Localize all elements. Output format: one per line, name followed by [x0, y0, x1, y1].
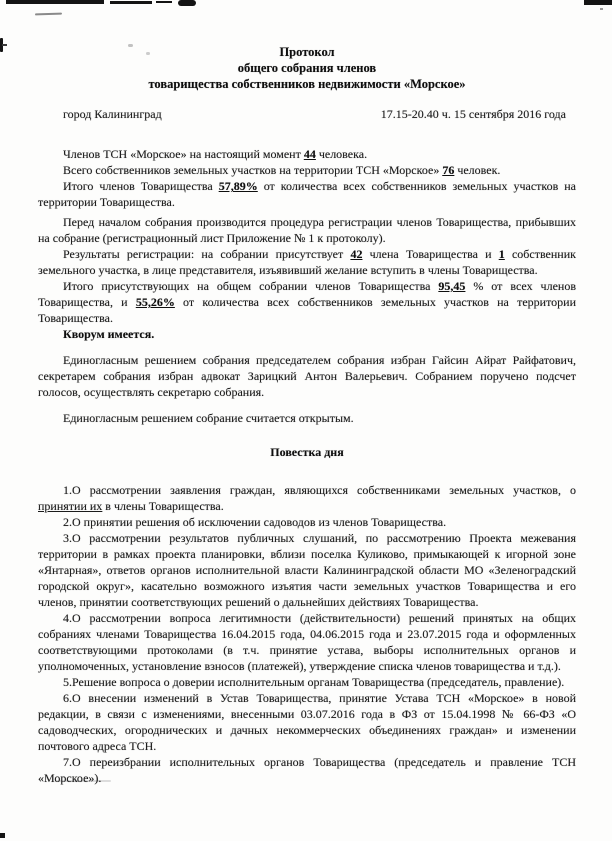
meeting-opened: Единогласным решением собрание считается…: [38, 410, 576, 426]
document-content: Протокол общего собрания членов товарище…: [38, 44, 576, 786]
membership-count: Членов ТСН «Морское» на настоящий момент…: [38, 146, 576, 162]
scan-artifact-top-line-1: [6, 0, 104, 4]
quorum-statement: Кворум имеется.: [38, 326, 576, 342]
meta-row: город Калининград 17.15-20.40 ч. 15 сент…: [38, 106, 576, 122]
document-body: Членов ТСН «Морское» на настоящий момент…: [38, 146, 576, 786]
title-line-association: товарищества собственников недвижимости …: [38, 76, 576, 92]
scan-artifact-top-blob: [178, 0, 196, 6]
registration-procedure: Перед началом собрания производится проц…: [38, 214, 576, 246]
title-line-protokol: Протокол: [38, 44, 576, 60]
scan-artifact-left-tick-serif: [2, 44, 7, 46]
meta-datetime: 17.15-20.40 ч. 15 сентября 2016 года: [381, 106, 566, 122]
agenda-item-1: 1.О рассмотрении заявления граждан, явля…: [38, 482, 576, 514]
agenda-item-7: 7.О переизбрании исполнительных органов …: [38, 754, 576, 786]
attendance-share: Итого присутствующих на общем собрании ч…: [38, 278, 576, 326]
document-title: Протокол общего собрания членов товарище…: [38, 44, 576, 92]
agenda-item-5: 5.Решение вопроса о доверии исполнительн…: [38, 674, 576, 690]
meta-city: город Калининград: [63, 106, 162, 122]
scan-artifact-top-right-dot: [600, 8, 603, 10]
agenda-item-2: 2.О принятии решения об исключении садов…: [38, 514, 576, 530]
owners-count: Всего собственников земельных участков н…: [38, 162, 576, 178]
membership-share: Итого членов Товарищества 57,89% от коли…: [38, 178, 576, 210]
agenda-item-6: 6.О внесении изменений в Устав Товарищес…: [38, 690, 576, 754]
agenda-heading: Повестка дня: [38, 444, 576, 460]
chairman-secretary-election: Единогласным решением собрания председат…: [38, 352, 576, 400]
title-line-meeting: общего собрания членов: [38, 60, 576, 76]
scan-artifact-squiggle: [35, 13, 62, 16]
agenda-item-4: 4.О рассмотрении вопроса легитимности (д…: [38, 610, 576, 674]
scanned-protocol-page: Протокол общего собрания членов товарище…: [0, 0, 612, 841]
registration-results: Результаты регистрации: на собрании прис…: [38, 246, 576, 278]
agenda-item-3: 3.О рассмотрении результатов публичных с…: [38, 530, 576, 610]
scan-artifact-top-line-2: [110, 1, 152, 4]
scan-artifact-bottom-left-dot: [0, 833, 5, 838]
scan-artifact-top-right-bar: [584, 0, 612, 5]
scan-artifact-top-line-3: [156, 1, 172, 3]
